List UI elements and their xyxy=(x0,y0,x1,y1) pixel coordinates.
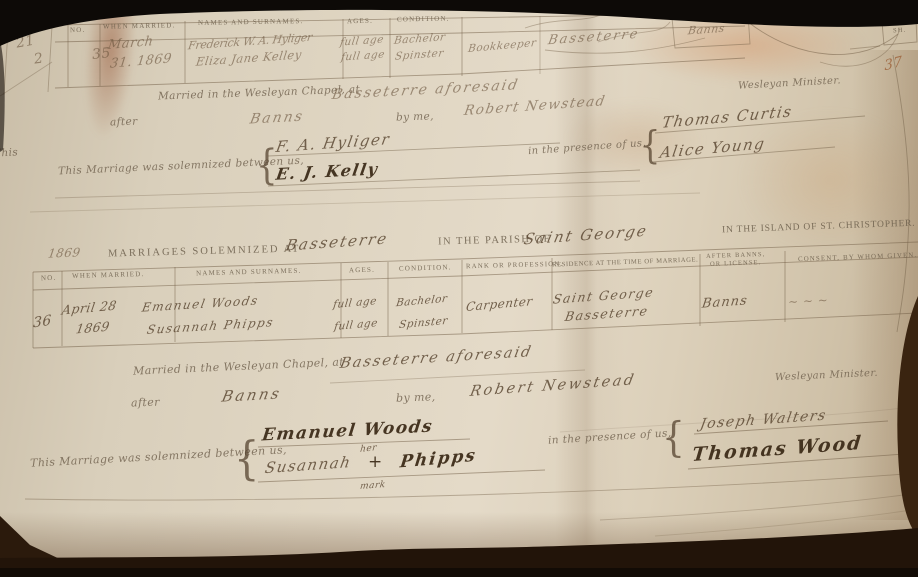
b1-header-ages: AGES. xyxy=(347,17,373,25)
b2-bride-mark-cross: + xyxy=(368,452,383,472)
b1-header-condition: CONDITION. xyxy=(397,15,450,24)
b1-method: Banns xyxy=(248,108,305,127)
b2-header-no: NO. xyxy=(41,274,57,282)
b1-after-printed: after xyxy=(110,116,138,129)
b2-header-condition: CONDITION. xyxy=(399,263,452,272)
left-margin-fragment: This xyxy=(0,146,18,159)
register-photo: NO. WHEN MARRIED. NAMES AND SURNAMES. AG… xyxy=(0,0,918,577)
b1-after-banns-cell: Banns xyxy=(687,22,726,38)
b1-header-when-married: WHEN MARRIED. xyxy=(103,21,176,30)
b1-margin-note-2: 2 xyxy=(33,50,45,67)
b2-consent-marks: ~ ~ ~ xyxy=(788,293,829,309)
b2-entry-no: 36 xyxy=(33,313,52,332)
b2-witness-brace xyxy=(662,415,685,462)
b2-bride-mark-word: mark xyxy=(359,480,386,492)
b2-year-handwritten: 1869 xyxy=(47,245,82,260)
b1-margin-note-1: 21 xyxy=(15,32,36,51)
b1-header-no: NO. xyxy=(70,26,86,34)
b2-method: Banns xyxy=(220,384,283,405)
b2-when-married-line2: 1869 xyxy=(75,318,111,336)
b2-after-printed: after xyxy=(131,396,160,410)
b1-by-me-printed: by me, xyxy=(396,110,434,123)
b2-by-me-printed: by me, xyxy=(396,390,436,404)
b1-witness-brace xyxy=(640,122,660,168)
b2-header-ages: AGES. xyxy=(349,266,375,275)
adjacent-page-header: SH. xyxy=(893,27,907,35)
b2-couple-brace xyxy=(234,433,259,486)
